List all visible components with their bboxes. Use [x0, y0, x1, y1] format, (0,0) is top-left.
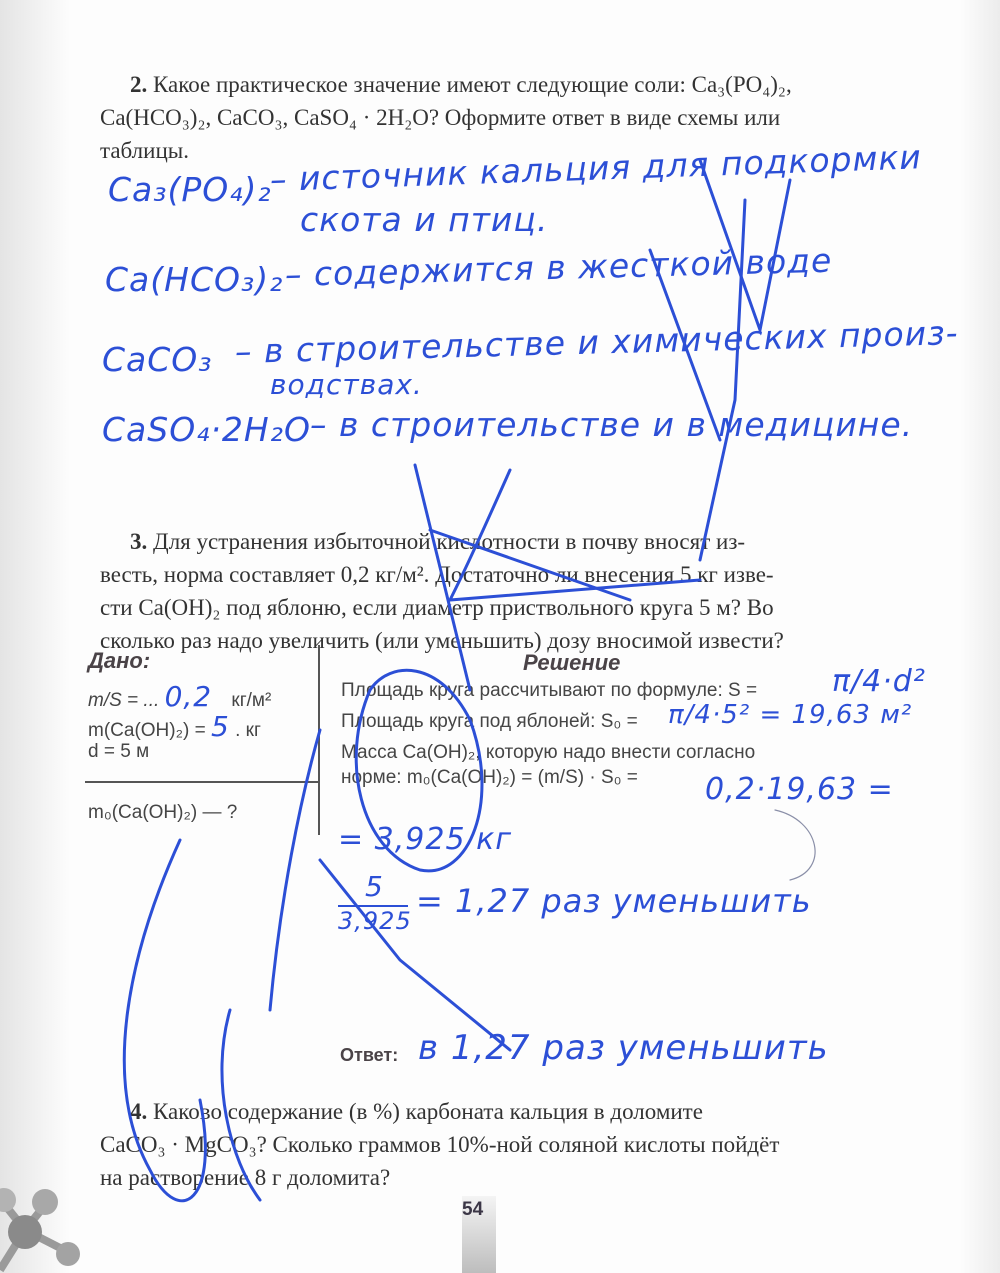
task3-line3: сти Ca(OH)₂ под яблоню, если диаметр при…: [100, 591, 890, 624]
given-find-divider: [85, 781, 318, 783]
task2-text-line1: Какое практическое значение имеют следую…: [153, 72, 792, 97]
molecule-decoration-icon: [0, 1170, 90, 1273]
hand-answer-3-cont: водствах.: [270, 368, 423, 401]
given-mass-caoh2: m(Ca(OH)₂) = 5 . кг: [88, 710, 261, 743]
solution-title: Решение: [523, 650, 620, 676]
given-mass-per-area: m/S = ... 0,2 кг/м²: [88, 680, 271, 713]
task3-line2: весть, норма составляет 0,2 кг/м². Доста…: [100, 558, 890, 591]
solution-line2: Площадь круга под яблоней: S₀ =: [341, 711, 638, 733]
task3-question: 3. Для устранения избыточной кислотности…: [100, 525, 890, 657]
given-solution-divider: [318, 645, 320, 835]
solution-line5-hand: = 3,925 кг: [338, 822, 512, 857]
page-number: 54: [462, 1199, 483, 1221]
task4-text-line1: Каково содержание (в %) карбоната кальци…: [153, 1099, 703, 1124]
given-title: Дано:: [88, 648, 150, 674]
page-edge-shadow-left: [0, 0, 70, 1273]
given-line1-unit: кг/м²: [231, 690, 271, 711]
page-edge-shadow-right: [960, 0, 1000, 1273]
solution-line1: Площадь круга рассчитывают по формуле: S…: [341, 680, 757, 702]
given-line2-unit: . кг: [235, 720, 261, 741]
hand-answer-4-text: – в строительстве и в медицине.: [310, 405, 913, 444]
hand-answer-4-formula: CaSO₄·2H₂O: [102, 410, 311, 449]
task4-question: 4. Каково содержание (в %) карбоната кал…: [100, 1095, 890, 1194]
given-line2-hand: 5: [211, 710, 230, 743]
answer-value: в 1,27 раз уменьшить: [418, 1028, 829, 1068]
task4-line2: CaCO₃ · MgCO₃? Сколько граммов 10%-ной с…: [100, 1128, 890, 1161]
task4-line3: на растворение 8 г доломита?: [100, 1161, 890, 1194]
task2-number: 2.: [130, 72, 147, 97]
hand-answer-3-text: – в строительстве и химических произ-: [234, 313, 959, 371]
given-line1-hand: 0,2: [165, 680, 213, 713]
hand-answer-2-text: – содержится в жесткой воде: [284, 241, 832, 294]
task4-line1: 4. Каково содержание (в %) карбоната кал…: [100, 1095, 890, 1128]
solution-line1-hand: π/4·d²: [832, 664, 926, 699]
ratio-result: = 1,27 раз уменьшить: [416, 882, 812, 920]
hand-answer-3-formula: CaCO₃: [102, 340, 213, 379]
solution-line4-hand: 0,2·19,63 =: [705, 772, 894, 807]
task3-text-line1: Для устранения избыточной кислотности в …: [153, 529, 745, 554]
ratio-denominator: 3,925: [338, 907, 412, 935]
task3-number: 3.: [130, 529, 147, 554]
hand-answer-1-formula: Ca₃(PO₄)₂: [108, 170, 272, 209]
hand-answer-1-cont: скота и птиц.: [300, 200, 548, 239]
find-mass: m₀(Ca(OH)₂) — ?: [88, 802, 237, 824]
solution-line4: норме: m₀(Ca(OH)₂) = (m/S) · S₀ =: [341, 767, 638, 789]
solution-line3: Масса Ca(OH)₂, которую надо внести согла…: [341, 742, 755, 764]
answer-label: Ответ:: [340, 1045, 398, 1066]
task3-line1: 3. Для устранения избыточной кислотности…: [100, 525, 890, 558]
task2-line1: 2. Какое практическое значение имеют сле…: [130, 68, 890, 101]
task4-number: 4.: [130, 1099, 147, 1124]
solution-line2-hand: π/4·5² = 19,63 м²: [668, 700, 912, 730]
hand-answer-2-formula: Ca(HCO₃)₂: [105, 260, 283, 299]
given-line1-prefix: m/S = ...: [88, 690, 159, 711]
task3-line4: сколько раз надо увеличить (или уменьшит…: [100, 624, 890, 657]
given-line2-prefix: m(Ca(OH)₂) =: [88, 720, 206, 741]
given-diameter: d = 5 м: [88, 741, 149, 763]
task2-line2: Ca(HCO₃)₂, CaCO₃, CaSO₄ · 2H₂O? Оформите…: [100, 101, 890, 134]
ratio-numerator: 5: [365, 870, 384, 903]
